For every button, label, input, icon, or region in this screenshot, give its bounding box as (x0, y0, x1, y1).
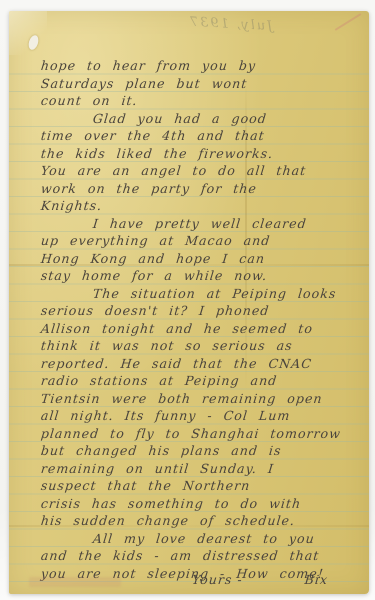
signature-name: Bix (304, 572, 329, 590)
letter-line: serious doesn't it? I phoned (40, 302, 367, 320)
red-pencil-corner-mark (335, 13, 362, 31)
letter-line: all night. Its funny - Col Lum (40, 407, 367, 425)
letter-line: Glad you had a good (40, 110, 367, 128)
letter-line: Saturdays plane but wont (40, 75, 367, 93)
faint-stamp-mark (29, 577, 121, 587)
letter-line: Allison tonight and he seemed to (40, 320, 367, 338)
paper-damage-spot (27, 34, 40, 51)
letter-line: suspect that the Northern (40, 477, 367, 495)
letter-line: You are an angel to do all that (40, 162, 367, 180)
letter-line: his sudden change of schedule. (40, 512, 367, 530)
letter-line: work on the party for the (40, 180, 367, 198)
letter-line: remaining on until Sunday. I (40, 460, 367, 478)
letter-line: count on it. (40, 92, 367, 110)
letter-line: think it was not so serious as (40, 337, 367, 355)
letter-line: The situation at Peiping looks (40, 285, 367, 303)
signature-closing: Yours - (191, 572, 244, 590)
letter-body: hope to hear from you bySaturdays plane … (40, 57, 365, 582)
scan-background: July, 1937 hope to hear from you bySatur… (0, 0, 375, 600)
letter-line: radio stations at Peiping and (40, 372, 367, 390)
letter-line: All my love dearest to you (40, 530, 367, 548)
letter-line: Knights. (40, 197, 367, 215)
letter-line: and the kids - am distressed that (40, 547, 367, 565)
bleedthrough-date-text: July, 1937 (188, 15, 273, 34)
letter-line: but changed his plans and is (40, 442, 367, 460)
letter-line: the kids liked the fireworks. (40, 145, 367, 163)
letter-line: stay home for a while now. (40, 267, 367, 285)
letter-line: reported. He said that the CNAC (40, 355, 367, 373)
letter-line: Hong Kong and hope I can (40, 250, 367, 268)
letter-line: planned to fly to Shanghai tomorrow (40, 425, 367, 443)
letter-line: hope to hear from you by (40, 57, 367, 75)
letter-line: crisis has something to do with (40, 495, 367, 513)
letter-line: up everything at Macao and (40, 232, 367, 250)
paper-corner-bend (9, 11, 47, 55)
letter-line: Tientsin were both remaining open (40, 390, 367, 408)
letter-line: time over the 4th and that (40, 127, 367, 145)
letter-line: I have pretty well cleared (40, 215, 367, 233)
letter-paper: July, 1937 hope to hear from you bySatur… (9, 11, 369, 594)
